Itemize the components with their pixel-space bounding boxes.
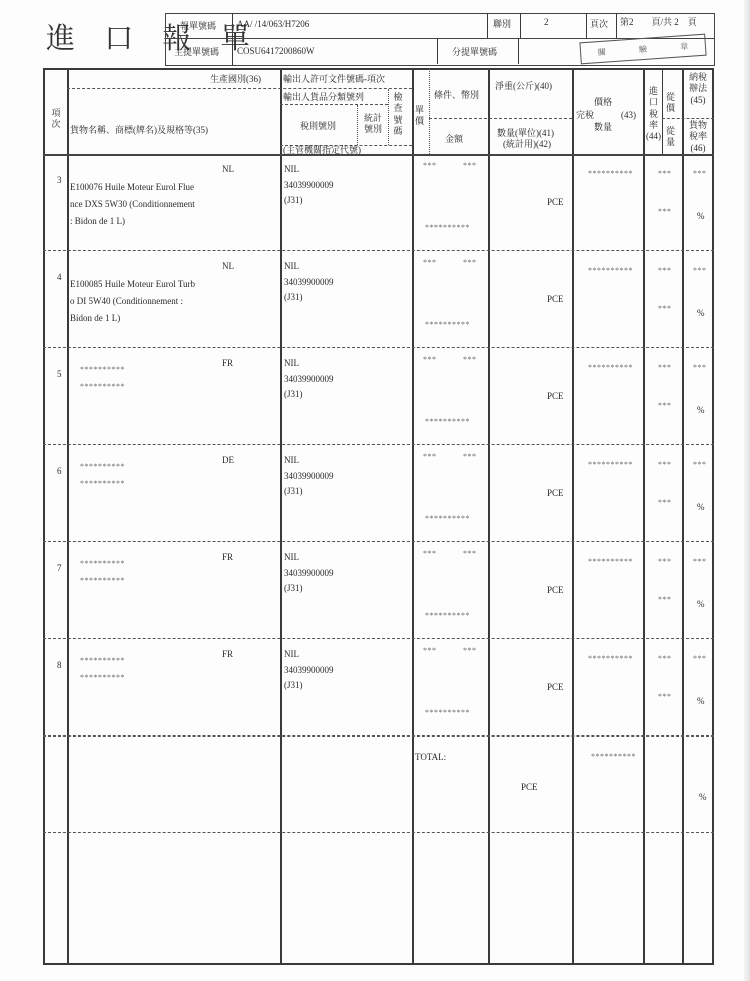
item-rate-specific: *** xyxy=(658,692,672,701)
item-description-line: Bidon de 1 L) xyxy=(70,313,120,324)
col-inspection-no: 檢查號碼 xyxy=(393,92,403,137)
item-description-line: ********** xyxy=(80,559,125,568)
item-terms: *** xyxy=(423,646,437,655)
item-rate-ad-valorem: *** xyxy=(658,363,672,372)
item-tariff: 34039900009 xyxy=(284,374,334,385)
item-no: 5 xyxy=(57,369,62,380)
col-price: 價格 xyxy=(594,97,612,108)
declaration-no-label: 報單號碼 xyxy=(180,21,216,32)
declaration-no: AA/ /14/063/H7206 xyxy=(237,19,309,30)
col-ad-valorem: 從價 xyxy=(666,92,678,115)
page-value: 第2 頁/共 2 頁 xyxy=(620,17,697,28)
item-description-line: ********** xyxy=(80,576,125,585)
col-origin: 生產國別(36) xyxy=(210,74,261,85)
item-tax-method: *** xyxy=(693,363,707,372)
item-amount: ********** xyxy=(425,708,470,717)
item-agency-code: (J31) xyxy=(284,583,303,594)
item-amount: ********** xyxy=(425,223,470,232)
item-price: ********** xyxy=(588,460,633,469)
item-currency: *** xyxy=(463,258,477,267)
item-price: ********** xyxy=(588,169,633,178)
item-tax-method: *** xyxy=(693,557,707,566)
col-item-no: 項次 xyxy=(49,108,63,131)
col-exporter-class: 輸出人貨品分類號列 xyxy=(283,92,364,103)
col-net-weight: 淨重(公斤)(40) xyxy=(495,81,552,92)
item-price: ********** xyxy=(588,266,633,275)
item-description-line: ********** xyxy=(80,462,125,471)
item-permit: NIL xyxy=(284,649,299,660)
col-description: 貨物名稱、商標(牌名)及規格等(35) xyxy=(70,125,208,136)
item-description-line: : Bidon de 1 L) xyxy=(70,216,125,227)
col-amount: 金額 xyxy=(445,134,463,145)
item-commodity-tax: % xyxy=(697,502,705,513)
item-amount: ********** xyxy=(425,320,470,329)
item-currency: *** xyxy=(463,355,477,364)
item-description-line: ********** xyxy=(80,656,125,665)
item-description-line: E100076 Huile Moteur Eurol Flue xyxy=(70,182,194,193)
item-permit: NIL xyxy=(284,261,299,272)
item-origin: FR xyxy=(222,358,233,369)
item-amount: ********** xyxy=(425,611,470,620)
item-commodity-tax: % xyxy=(697,308,705,319)
item-no: 8 xyxy=(57,660,62,671)
item-no: 7 xyxy=(57,563,62,574)
item-tariff: 34039900009 xyxy=(284,277,334,288)
item-unit: PCE xyxy=(547,585,564,596)
item-tariff: 34039900009 xyxy=(284,471,334,482)
row-divider xyxy=(43,541,714,542)
item-rate-ad-valorem: *** xyxy=(658,460,672,469)
house-bl-label: 分提單號碼 xyxy=(452,47,497,58)
item-description-line: ********** xyxy=(80,479,125,488)
item-unit: PCE xyxy=(547,391,564,402)
total-unit: PCE xyxy=(521,782,538,793)
item-agency-code: (J31) xyxy=(284,680,303,691)
item-terms: *** xyxy=(423,161,437,170)
item-rate-ad-valorem: *** xyxy=(658,654,672,663)
col-import-rate: 進口稅率(44) xyxy=(645,86,662,142)
item-origin: FR xyxy=(222,649,233,660)
col-duty-paid: 完稅 xyxy=(576,110,594,121)
item-tariff: 34039900009 xyxy=(284,180,334,191)
item-tariff: 34039900009 xyxy=(284,568,334,579)
item-currency: *** xyxy=(463,452,477,461)
col-tariff-no: 稅則號別 xyxy=(300,121,336,132)
item-rate-specific: *** xyxy=(658,304,672,313)
master-bl: COSU6417200860W xyxy=(237,46,315,57)
item-unit: PCE xyxy=(547,294,564,305)
item-amount: ********** xyxy=(425,514,470,523)
item-agency-code: (J31) xyxy=(284,486,303,497)
item-price: ********** xyxy=(588,363,633,372)
item-origin: FR xyxy=(222,552,233,563)
item-terms: *** xyxy=(423,452,437,461)
scan-edge xyxy=(744,0,750,981)
col-tax-method: 納稅辦法(45) xyxy=(685,72,711,106)
item-tax-method: *** xyxy=(693,266,707,275)
item-no: 3 xyxy=(57,175,62,186)
item-rate-specific: *** xyxy=(658,401,672,410)
item-permit: NIL xyxy=(284,164,299,175)
row-divider xyxy=(43,250,714,251)
col-price-qty: 數量 xyxy=(594,122,612,133)
item-unit: PCE xyxy=(547,488,564,499)
item-no: 4 xyxy=(57,272,62,283)
item-rate-specific: *** xyxy=(658,595,672,604)
col-price-no: (43) xyxy=(621,110,636,121)
item-permit: NIL xyxy=(284,455,299,466)
copy-label: 聯別 xyxy=(493,19,511,30)
total-label: TOTAL: xyxy=(415,752,446,763)
col-agency-code: (主管機關指定代號) xyxy=(283,145,361,156)
item-tax-method: *** xyxy=(693,460,707,469)
item-rate-ad-valorem: *** xyxy=(658,266,672,275)
item-commodity-tax: % xyxy=(697,211,705,222)
item-price: ********** xyxy=(588,557,633,566)
row-divider xyxy=(43,347,714,348)
item-description-line: E100085 Huile Moteur Eurol Turb xyxy=(70,279,195,290)
row-divider xyxy=(43,444,714,445)
col-unit-price: 單價 xyxy=(415,105,425,128)
item-description-line: nce DXS 5W30 (Conditionnement xyxy=(70,199,195,210)
item-origin: DE xyxy=(222,455,234,466)
col-stat-no: 統計號別 xyxy=(362,113,384,136)
item-currency: *** xyxy=(463,549,477,558)
copy-value: 2 xyxy=(544,17,549,28)
item-rate-ad-valorem: *** xyxy=(658,169,672,178)
col-specific: 從量 xyxy=(666,126,678,149)
item-terms: *** xyxy=(423,258,437,267)
row-divider xyxy=(43,638,714,639)
col-commodity-tax: 貨物稅率(46) xyxy=(685,120,711,154)
item-rate-ad-valorem: *** xyxy=(658,557,672,566)
item-terms: *** xyxy=(423,549,437,558)
col-quantity: 數量(單位)(41) xyxy=(497,128,554,139)
total-tax: % xyxy=(699,792,707,803)
item-commodity-tax: % xyxy=(697,696,705,707)
item-agency-code: (J31) xyxy=(284,389,303,400)
total-price: ********** xyxy=(591,752,636,761)
item-description-line: ********** xyxy=(80,382,125,391)
item-unit: PCE xyxy=(547,682,564,693)
item-permit: NIL xyxy=(284,552,299,563)
item-tariff: 34039900009 xyxy=(284,665,334,676)
item-terms: *** xyxy=(423,355,437,364)
col-export-permit: 輸出人許可文件號碼-項次 xyxy=(283,74,385,85)
item-unit: PCE xyxy=(547,197,564,208)
item-agency-code: (J31) xyxy=(284,292,303,303)
master-bl-label: 主提單號碼 xyxy=(174,47,219,58)
item-origin: NL xyxy=(222,261,234,272)
item-rate-specific: *** xyxy=(658,207,672,216)
item-currency: *** xyxy=(463,161,477,170)
item-origin: NL xyxy=(222,164,234,175)
item-currency: *** xyxy=(463,646,477,655)
item-amount: ********** xyxy=(425,417,470,426)
col-terms-currency: 條件、幣別 xyxy=(434,90,479,101)
item-tax-method: *** xyxy=(693,654,707,663)
item-no: 6 xyxy=(57,466,62,477)
item-price: ********** xyxy=(588,654,633,663)
item-tax-method: *** xyxy=(693,169,707,178)
item-agency-code: (J31) xyxy=(284,195,303,206)
page-label: 頁次 xyxy=(590,19,608,30)
item-commodity-tax: % xyxy=(697,405,705,416)
col-quantity-stat: (統計用)(42) xyxy=(503,139,551,150)
item-description-line: ********** xyxy=(80,365,125,374)
item-permit: NIL xyxy=(284,358,299,369)
item-commodity-tax: % xyxy=(697,599,705,610)
item-description-line: ********** xyxy=(80,673,125,682)
item-description-line: o DI 5W40 (Conditionnement : xyxy=(70,296,183,307)
item-rate-specific: *** xyxy=(658,498,672,507)
